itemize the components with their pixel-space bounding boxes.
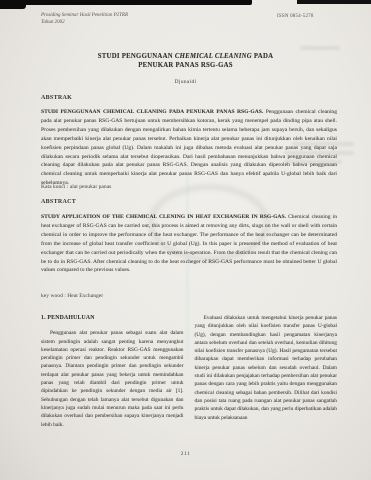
abstract-paragraph: STUDY APPLICATION OF THE CHEMICAL CLENIN… (41, 213, 337, 275)
proceedings-title: Prosiding Seminar Hasil Penelitian P2TRR (41, 13, 128, 20)
abstrak-paragraph: STUDI PENGGUNAAN CHEMICAL CLEANING PADA … (41, 108, 337, 188)
keywords-id: Kata kunci : alat penukar panas (41, 184, 111, 190)
abstrak-heading: ABSTRAK (41, 95, 72, 101)
title-text: PADA (252, 53, 273, 60)
abstrak-lead: STUDI PENGGUNAAN CHEMICAL CLEANING PADA … (41, 109, 263, 115)
abstrak-body-text: Penggunaan chemical cleaning pada alat p… (41, 109, 337, 186)
section1-heading: 1. PENDAHULUAN (41, 314, 184, 322)
page-number: 211 (0, 451, 371, 457)
author-name: Djunaidi (0, 79, 371, 85)
paper-title-line2: PENUKAR PANAS RSG-GAS (0, 61, 371, 70)
title-text: STUDI PENGGUNAAN (98, 53, 175, 60)
scan-edge-top-right (297, 0, 371, 4)
scan-edge-top-left (0, 0, 26, 9)
left-column: 1. PENDAHULUAN Penggunaan alat penukar p… (41, 314, 184, 429)
section1-left-paragraph: Penggunaan alat penukar panas sebagai su… (41, 329, 184, 429)
paper-title: STUDI PENGGUNAAN CHEMICAL CLEANING PADA … (0, 52, 371, 70)
scanned-paper-page: Prosiding Seminar Hasil Penelitian P2TRR… (0, 0, 371, 480)
ink-bleedthrough (300, 46, 340, 50)
scan-edge-top (0, 0, 252, 5)
title-italic-text: CHEMICAL CLEANING (175, 53, 252, 60)
keywords-en: key wood : Heat Exchanger (41, 293, 103, 299)
abstract-lead: STUDY APPLICATION OF THE CHEMICAL CLENIN… (41, 214, 286, 220)
section1-right-paragraph: Evaluasi dilakukan untuk mengetahui kine… (195, 314, 338, 422)
two-column-body: 1. PENDAHULUAN Penggunaan alat penukar p… (41, 314, 337, 429)
right-column: Evaluasi dilakukan untuk mengetahui kine… (195, 314, 338, 429)
paper-title-line1: STUDI PENGGUNAAN CHEMICAL CLEANING PADA (0, 52, 371, 61)
running-header-proceedings: Prosiding Seminar Hasil Penelitian P2TRR… (41, 13, 128, 26)
issn-label: ISSN 0854-5278 (277, 14, 314, 19)
proceedings-year: Tahun 2002 (41, 20, 128, 27)
abstract-body-text: Chemical cleaning in heat exchanger of R… (41, 214, 337, 273)
abstract-heading: ABSTRACT (41, 199, 76, 205)
